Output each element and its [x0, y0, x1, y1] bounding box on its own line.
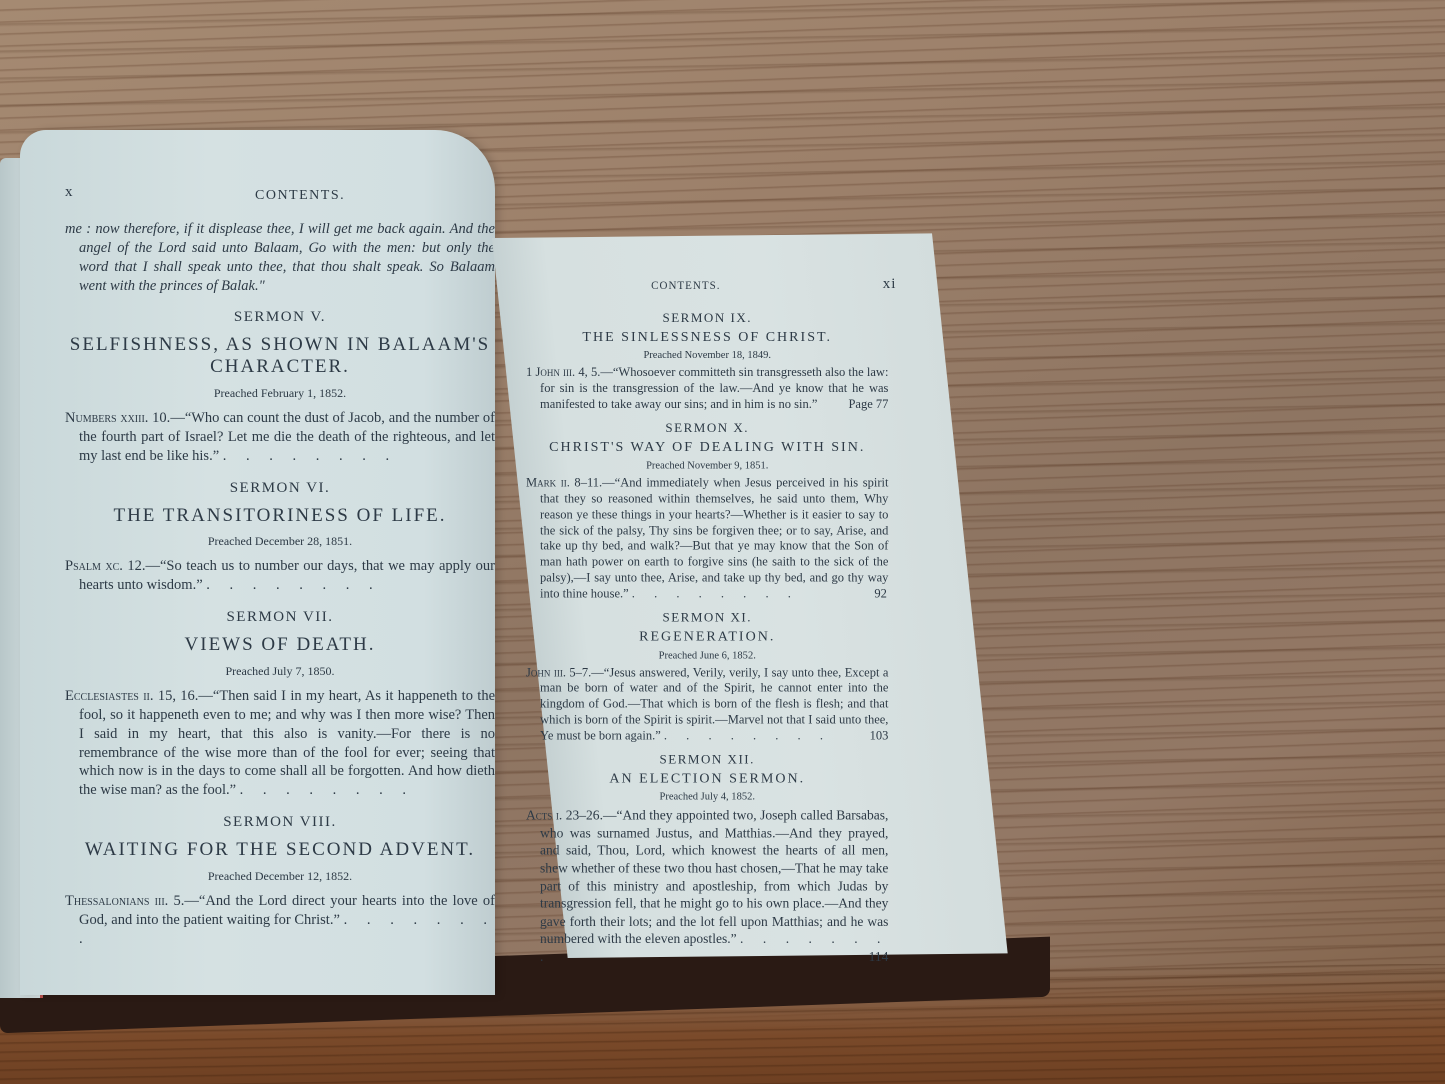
- folio: xi: [883, 276, 897, 293]
- sermon-entry: SERMON IX. THE SINLESSNESS OF CHRIST. Pr…: [526, 310, 888, 412]
- scripture-text: 1 John iii. 4, 5.—“Whosoever committeth …: [526, 365, 888, 412]
- running-head: CONTENTS. xi: [526, 276, 888, 302]
- preached-date: Preached February 1, 1852.: [65, 386, 495, 401]
- folio: x: [65, 184, 74, 201]
- scripture-text: Mark ii. 8–11.—“And immediately when Jes…: [526, 476, 888, 602]
- scripture-reference: Acts i. 23–26.: [526, 808, 603, 823]
- scripture-text: Acts i. 23–26.—“And they appointed two, …: [526, 807, 888, 965]
- sermon-entry: SERMON VI. THE TRANSITORINESS OF LIFE. P…: [65, 480, 495, 596]
- scripture-reference: John iii. 5–7.: [526, 665, 591, 679]
- sermon-entry: SERMON VIII. WAITING FOR THE SECOND ADVE…: [65, 814, 495, 948]
- scripture-text: John iii. 5–7.—“Jesus answered, Verily, …: [526, 665, 888, 744]
- sermon-number: SERMON IX.: [526, 310, 888, 326]
- scripture-reference: Numbers xxiii. 10.: [65, 410, 170, 426]
- right-page: CONTENTS. xi SERMON IX. THE SINLESSNESS …: [492, 233, 1008, 958]
- running-head-title: CONTENTS.: [651, 280, 720, 292]
- left-page: x CONTENTS. me : now therefore, if it di…: [20, 130, 495, 995]
- page-number: 103: [884, 728, 889, 744]
- scripture-text: Ecclesiastes ii. 15, 16.—“Then said I in…: [65, 687, 495, 800]
- preached-date: Preached November 9, 1851.: [526, 461, 888, 472]
- scripture-reference: Mark ii. 8–11.: [526, 476, 602, 490]
- scripture-reference: Thessalonians iii. 5.: [65, 893, 184, 909]
- scripture-text: Numbers xxiii. 10.—“Who can count the du…: [65, 409, 495, 466]
- scripture-reference: Ecclesiastes ii. 15, 16.: [65, 688, 198, 704]
- sermon-entry: SERMON X. CHRIST'S WAY OF DEALING WITH S…: [526, 421, 888, 602]
- page-number: Page 77: [862, 397, 888, 413]
- preached-date: Preached July 7, 1850.: [65, 664, 495, 679]
- preached-date: Preached June 6, 1852.: [526, 650, 888, 661]
- preached-date: Preached December 28, 1851.: [65, 534, 495, 549]
- carryover-text: me : now therefore, if it displease thee…: [65, 220, 495, 295]
- sermon-title: WAITING FOR THE SECOND ADVENT.: [65, 839, 495, 861]
- sermon-entry: SERMON XI. REGENERATION. Preached June 6…: [526, 610, 888, 744]
- sermon-number: SERMON XII.: [526, 752, 888, 768]
- sermon-title: CHRIST'S WAY OF DEALING WITH SIN.: [526, 441, 888, 457]
- sermon-number: SERMON VIII.: [65, 814, 495, 831]
- sermon-number: SERMON X.: [526, 421, 888, 437]
- sermon-number: SERMON VI.: [65, 480, 495, 497]
- sermon-entry: SERMON VII. VIEWS OF DEATH. Preached Jul…: [65, 609, 495, 800]
- scripture-reference: Psalm xc. 12.: [65, 558, 146, 574]
- sermon-number: SERMON VII.: [65, 609, 495, 626]
- sermon-title: VIEWS OF DEATH.: [65, 634, 495, 656]
- scripture-reference: 1 John iii. 4, 5.: [526, 365, 600, 379]
- preached-date: Preached July 4, 1852.: [526, 792, 888, 803]
- running-head: x CONTENTS.: [65, 190, 495, 216]
- sermon-number: SERMON XI.: [526, 610, 888, 626]
- preached-date: Preached November 18, 1849.: [526, 350, 888, 361]
- preached-date: Preached December 12, 1852.: [65, 869, 495, 884]
- sermon-title: SELFISHNESS, AS SHOWN IN BALAAM'S CHARAC…: [65, 334, 495, 378]
- sermon-title: AN ELECTION SERMON.: [526, 772, 888, 788]
- sermon-title: THE TRANSITORINESS OF LIFE.: [65, 505, 495, 527]
- sermon-entry: SERMON V. SELFISHNESS, AS SHOWN IN BALAA…: [65, 309, 495, 465]
- sermon-title: THE SINLESSNESS OF CHRIST.: [526, 330, 888, 346]
- running-head-title: CONTENTS.: [255, 188, 345, 204]
- page-number: 114: [883, 948, 889, 966]
- sermon-title: REGENERATION.: [526, 630, 888, 646]
- sermon-number: SERMON V.: [65, 309, 495, 326]
- scripture-text: Psalm xc. 12.—“So teach us to number our…: [65, 557, 495, 595]
- scripture-text: Thessalonians iii. 5.—“And the Lord dire…: [65, 892, 495, 949]
- sermon-entry: SERMON XII. AN ELECTION SERMON. Preached…: [526, 752, 888, 965]
